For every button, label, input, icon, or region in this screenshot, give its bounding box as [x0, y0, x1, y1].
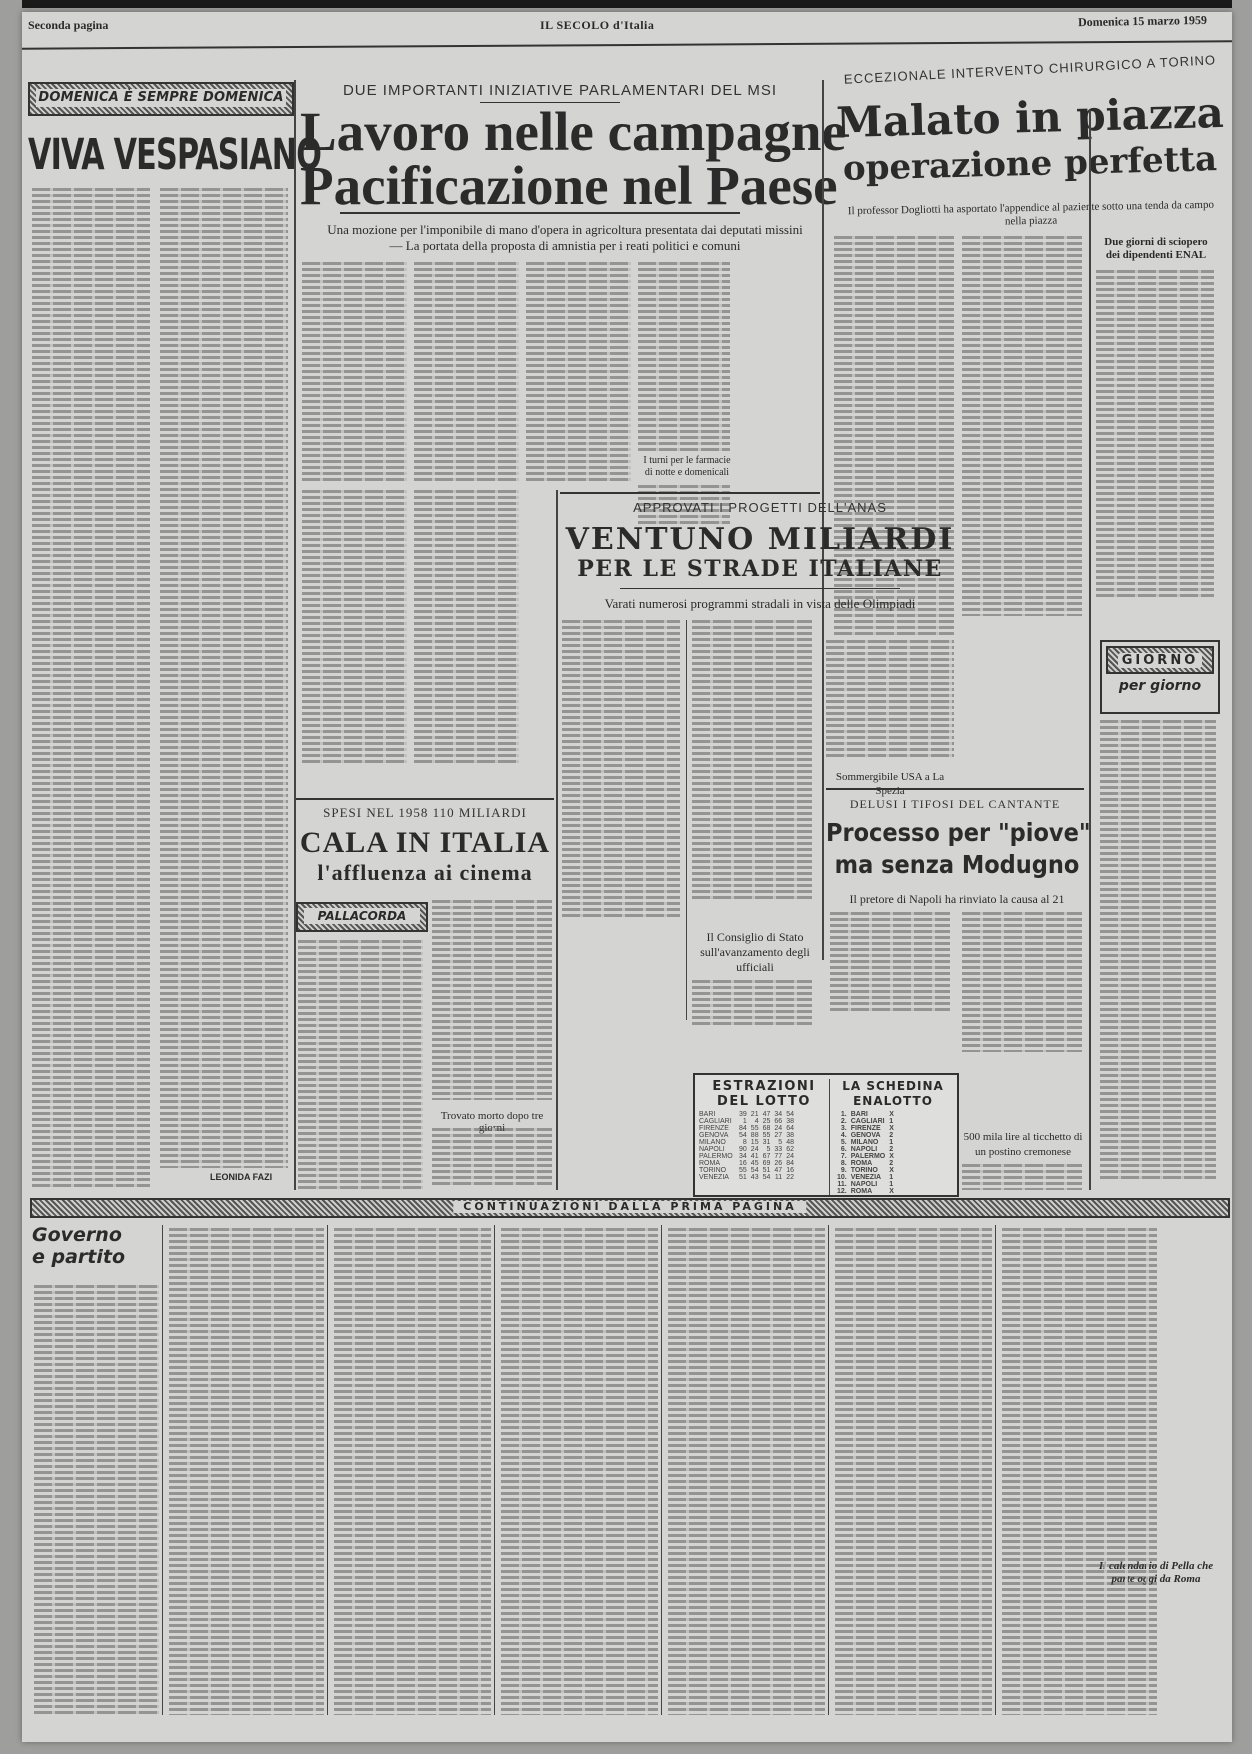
pharmacy-inset-title: I turni per le farmacie di notte e domen… — [642, 455, 732, 479]
enalotto-title-line1: LA SCHEDINA — [833, 1079, 953, 1094]
rubric-title: PALLACORDA — [304, 908, 420, 924]
banner-title: CONTINUAZIONI DALLA PRIMA PAGINA — [453, 1201, 806, 1213]
lead-subhead: Una mozione per l'imponibile di mano d'o… — [325, 222, 805, 254]
anas-text-col2 — [692, 620, 812, 900]
enalotto-row: 2.CAGLIARI1 — [835, 1118, 896, 1125]
brief-text — [432, 1128, 552, 1188]
lead-text-col4 — [638, 262, 730, 452]
continuation-title-line2: e partito — [32, 1246, 125, 1268]
cinema-headline-line1: CALA IN ITALIA — [296, 826, 554, 860]
enalotto-row: 11.NAPOLI1 — [835, 1181, 896, 1188]
column-divider — [556, 490, 558, 1190]
lead-kicker: DUE IMPORTANTI INIZIATIVE PARLAMENTARI D… — [300, 82, 820, 99]
page-label: Seconda pagina — [28, 18, 108, 33]
rubric-subtitle: per giorno — [1102, 678, 1218, 694]
lotto-row: ROMA1645692684 — [697, 1160, 796, 1167]
enalotto-row: 12.ROMAX — [835, 1188, 896, 1195]
column-divider — [661, 1225, 662, 1715]
usa-brief-headline: Sommergibile USA a La Spezia — [826, 770, 954, 798]
pallacorda-rubric: PALLACORDA — [296, 902, 428, 932]
enalotto-row: 4.GENOVA2 — [835, 1132, 896, 1139]
anas-text-col3 — [826, 640, 954, 760]
sidebar-text — [1096, 270, 1214, 600]
lotto-row: MILANO81531548 — [697, 1139, 796, 1146]
modugno-text-col2 — [962, 912, 1082, 1052]
lead-text-col6 — [414, 490, 519, 765]
continuation-title: Governo e partito — [32, 1224, 125, 1268]
modugno-kicker: DELUSI I TIFOSI DEL CANTANTE — [826, 797, 1084, 812]
theft-brief-text — [962, 1164, 1082, 1190]
lotto-row: GENOVA5488552738 — [697, 1132, 796, 1139]
lead-headline-line1: Lavoro nelle campagne — [300, 104, 820, 160]
continuation-text-col — [835, 1228, 992, 1715]
enalotto-row: 10.VENEZIA1 — [835, 1174, 896, 1181]
lead-text-col3 — [526, 262, 631, 482]
section-rule — [296, 798, 554, 800]
cinema-kicker: SPESI NEL 1958 110 MILIARDI — [296, 805, 554, 821]
lotto-row: CAGLIARI14256638 — [697, 1118, 796, 1125]
enalotto-title-line2: ENALOTTO — [833, 1094, 953, 1109]
lead-text-col1 — [302, 262, 407, 482]
column-divider — [995, 1225, 996, 1715]
lead-text-col2 — [414, 262, 519, 482]
lotto-row: TORINO5554514716 — [697, 1167, 796, 1174]
enalotto-row: 3.FIRENZEX — [835, 1125, 896, 1132]
rubric-title: GIORNO — [1118, 653, 1203, 668]
enalotto-table: 1.BARIX2.CAGLIARI13.FIRENZEX4.GENOVA25.M… — [835, 1111, 896, 1195]
anas-headline-line2: PER LE STRADE ITALIANE — [560, 556, 960, 582]
left-article-text-col2 — [160, 188, 288, 1168]
column-divider — [828, 1225, 829, 1715]
anas-subhead: Varati numerosi programmi stradali in vi… — [560, 596, 960, 612]
continuation-text-col — [501, 1228, 658, 1715]
column-divider — [822, 80, 824, 960]
right-headline-line2: operazione perfetta — [830, 141, 1231, 187]
anas-headline-line1: VENTUNO MILIARDI — [560, 522, 960, 557]
column-divider — [1089, 110, 1091, 1190]
headline-underline — [340, 212, 740, 214]
theft-brief-headline: 500 mila lire al ticchetto di un postino… — [960, 1130, 1086, 1160]
modugno-headline-line1: Processo per "piove" — [826, 818, 1088, 847]
consiglio-text — [692, 980, 812, 1025]
lotto-row: BARI3921473454 — [697, 1111, 796, 1118]
column-divider — [494, 1225, 495, 1715]
left-article-text-col1 — [32, 188, 150, 1188]
modugno-subhead: Il pretore di Napoli ha rinviato la caus… — [826, 892, 1088, 907]
enalotto-row: 9.TORINOX — [835, 1167, 896, 1174]
lotto-title-line1: ESTRAZIONI — [699, 1079, 829, 1094]
column-divider — [162, 1225, 163, 1715]
consiglio-headline: Il Consiglio di Stato sull'avanzamento d… — [692, 930, 818, 975]
lead-headline-line2: Pacificazione nel Paese — [300, 158, 820, 214]
right-text-col2 — [962, 236, 1082, 616]
lotto-table: BARI3921473454CAGLIARI14256638FIRENZE845… — [697, 1111, 796, 1181]
modugno-text-col1 — [830, 912, 950, 1012]
pallacorda-text — [298, 940, 423, 1190]
section-rule — [560, 492, 820, 494]
giorno-rubric-box: GIORNO per giorno — [1100, 640, 1220, 714]
rubric-box: DOMENICA È SEMPRE DOMENICA — [28, 82, 294, 116]
lotto-title-line2: DEL LOTTO — [699, 1094, 829, 1109]
section-rule — [826, 788, 1084, 790]
lotto-row: VENEZIA5143541122 — [697, 1174, 796, 1181]
cinema-headline-line2: l'affluenza ai cinema — [296, 860, 554, 886]
anas-text-col1 — [562, 620, 680, 920]
sidebar-box-title: Due giorni di sciopero dei dipendenti EN… — [1096, 236, 1216, 262]
lotto-row: PALERMO3441677724 — [697, 1153, 796, 1160]
continuations-banner: CONTINUAZIONI DALLA PRIMA PAGINA — [30, 1198, 1230, 1218]
continuation-text-col — [334, 1228, 491, 1715]
lotto-box: ESTRAZIONI DEL LOTTO LA SCHEDINA ENALOTT… — [693, 1073, 959, 1197]
continuation-title-line1: Governo — [32, 1224, 125, 1246]
page-edge — [22, 0, 1232, 8]
byline: LEONIDA FAZI — [210, 1172, 272, 1182]
continuation-text-col — [34, 1285, 159, 1715]
headline-underline — [620, 588, 900, 589]
column-divider — [294, 80, 296, 1190]
enalotto-row: 8.ROMA2 — [835, 1160, 896, 1167]
continuation-text-col — [1002, 1228, 1157, 1715]
enalotto-row: 5.MILANO1 — [835, 1139, 896, 1146]
continuation-text-col — [169, 1228, 324, 1715]
modugno-headline-line2: ma senza Modugno — [826, 850, 1088, 879]
rubric-title: DOMENICA È SEMPRE DOMENICA — [36, 89, 286, 107]
paper-name: IL SECOLO d'Italia — [540, 18, 654, 33]
left-headline: VIVA VESPASIANO — [28, 130, 235, 180]
enalotto-row: 1.BARIX — [835, 1111, 896, 1118]
lead-text-col5 — [302, 490, 407, 765]
enalotto-row: 7.PALERMOX — [835, 1153, 896, 1160]
column-divider — [327, 1225, 328, 1715]
issue-date: Domenica 15 marzo 1959 — [1078, 13, 1207, 30]
giorno-text — [1100, 720, 1216, 1180]
lotto-row: FIRENZE8455682464 — [697, 1125, 796, 1132]
cinema-text — [432, 900, 552, 1100]
column-divider — [686, 620, 687, 1020]
right-headline-line1: Malato in piazza — [829, 91, 1230, 145]
enalotto-row: 6.NAPOLI2 — [835, 1146, 896, 1153]
anas-kicker: APPROVATI I PROGETTI DELL'ANAS — [560, 500, 960, 515]
continuation-text-col — [668, 1228, 825, 1715]
lotto-row: NAPOLI902453362 — [697, 1146, 796, 1153]
